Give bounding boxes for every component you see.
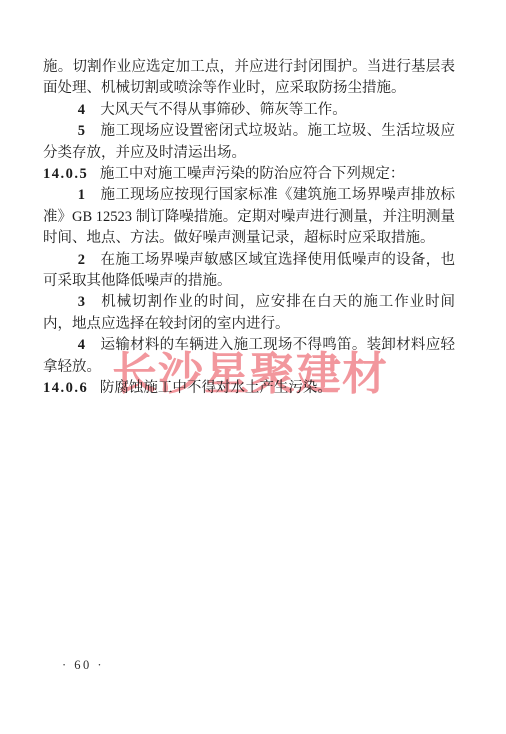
clause-text: 施工中对施工噪声污染的防治应符合下列规定： <box>100 166 405 182</box>
numbered-item: 3机械切割作业的时间，应安排在白天的施工作业时间内，地点应选择在较封闭的室内进行… <box>43 292 455 335</box>
page-number: · 60 · <box>62 658 104 673</box>
item-number: 5 <box>78 123 85 139</box>
item-number: 2 <box>78 252 85 268</box>
document-page: 长沙星聚建材 施。切割作业应选定加工点，并应进行封闭围护。当进行基层表面处理、机… <box>0 0 506 734</box>
clause-number: 14.0.5 <box>43 166 88 182</box>
item-text: 大风天气不得从事筛砂、筛灰等工作。 <box>100 102 347 118</box>
item-text: 施工现场应按现行国家标准《建筑施工场界噪声排放标准》GB 12523 制订降噪措… <box>43 187 455 246</box>
numbered-item: 4大风天气不得从事筛砂、筛灰等工作。 <box>43 100 455 121</box>
item-number: 3 <box>78 294 85 310</box>
numbered-item: 1施工现场应按现行国家标准《建筑施工场界噪声排放标准》GB 12523 制订降噪… <box>43 185 455 249</box>
item-text: 运输材料的车辆进入施工现场不得鸣笛。装卸材料应轻拿轻放。 <box>43 337 455 374</box>
item-text: 机械切割作业的时间，应安排在白天的施工作业时间内，地点应选择在较封闭的室内进行。 <box>43 294 455 331</box>
item-text: 在施工场界噪声敏感区域宜选择使用低噪声的设备，也可采取其他降低噪声的措施。 <box>43 252 455 289</box>
numbered-item: 5施工现场应设置密闭式垃圾站。施工垃圾、生活垃圾应分类存放，并应及时清运出场。 <box>43 121 455 164</box>
clause-text: 防腐蚀施工中不得对水土产生污染。 <box>100 380 332 396</box>
item-number: 4 <box>78 337 85 353</box>
clause-paragraph: 14.0.5施工中对施工噪声污染的防治应符合下列规定： <box>43 164 455 185</box>
clause-number: 14.0.6 <box>43 380 88 396</box>
item-text: 施工现场应设置密闭式垃圾站。施工垃圾、生活垃圾应分类存放，并应及时清运出场。 <box>43 123 455 160</box>
numbered-item: 2在施工场界噪声敏感区域宜选择使用低噪声的设备，也可采取其他降低噪声的措施。 <box>43 250 455 293</box>
paragraph-continuation: 施。切割作业应选定加工点，并应进行封闭围护。当进行基层表面处理、机械切割或喷涂等… <box>43 57 455 100</box>
item-number: 1 <box>78 187 85 203</box>
document-text: 施。切割作业应选定加工点，并应进行封闭围护。当进行基层表面处理、机械切割或喷涂等… <box>43 57 455 400</box>
item-number: 4 <box>78 102 85 118</box>
numbered-item: 4运输材料的车辆进入施工现场不得鸣笛。装卸材料应轻拿轻放。 <box>43 335 455 378</box>
paragraph-text: 施。切割作业应选定加工点，并应进行封闭围护。当进行基层表面处理、机械切割或喷涂等… <box>43 59 455 96</box>
clause-paragraph: 14.0.6防腐蚀施工中不得对水土产生污染。 <box>43 378 455 399</box>
